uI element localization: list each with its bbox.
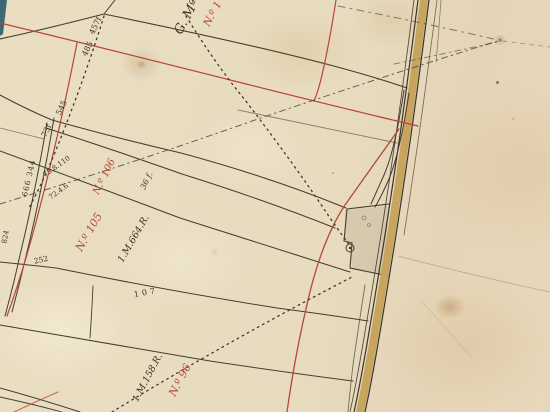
blue-sheet-edge-mark xyxy=(0,0,7,36)
well-center-dot xyxy=(349,247,351,249)
parcel-divider xyxy=(90,286,93,338)
red-line-top xyxy=(314,0,336,101)
boundary-line xyxy=(104,0,115,14)
boundary-line xyxy=(46,128,335,228)
faint-pencil-line xyxy=(398,256,550,292)
boundary-line-faint xyxy=(0,128,44,139)
boundary-line xyxy=(0,262,368,321)
survey-vertex xyxy=(495,35,505,45)
road xyxy=(348,0,441,412)
dash-line-east xyxy=(503,41,550,47)
road-right-short-line xyxy=(436,0,441,62)
strip-line xyxy=(5,123,47,316)
dotted-line-southwest xyxy=(112,277,352,412)
map-canvas: G. MªN.º 1457f48554573f666 34475.8.11072… xyxy=(0,0,550,412)
map-linework xyxy=(0,0,550,412)
vertex-point xyxy=(498,38,502,42)
dash-dot-line-long xyxy=(0,41,498,204)
faint-scratch xyxy=(422,302,472,358)
survey-sight-lines xyxy=(0,6,550,412)
red-line-north-south xyxy=(7,43,77,316)
dash-dot-line-mid xyxy=(394,42,497,64)
parcel-boundaries xyxy=(0,0,550,412)
yard-plot-wash xyxy=(345,206,388,274)
boundary-line xyxy=(104,14,407,88)
dotted-line-to-well xyxy=(186,16,351,247)
